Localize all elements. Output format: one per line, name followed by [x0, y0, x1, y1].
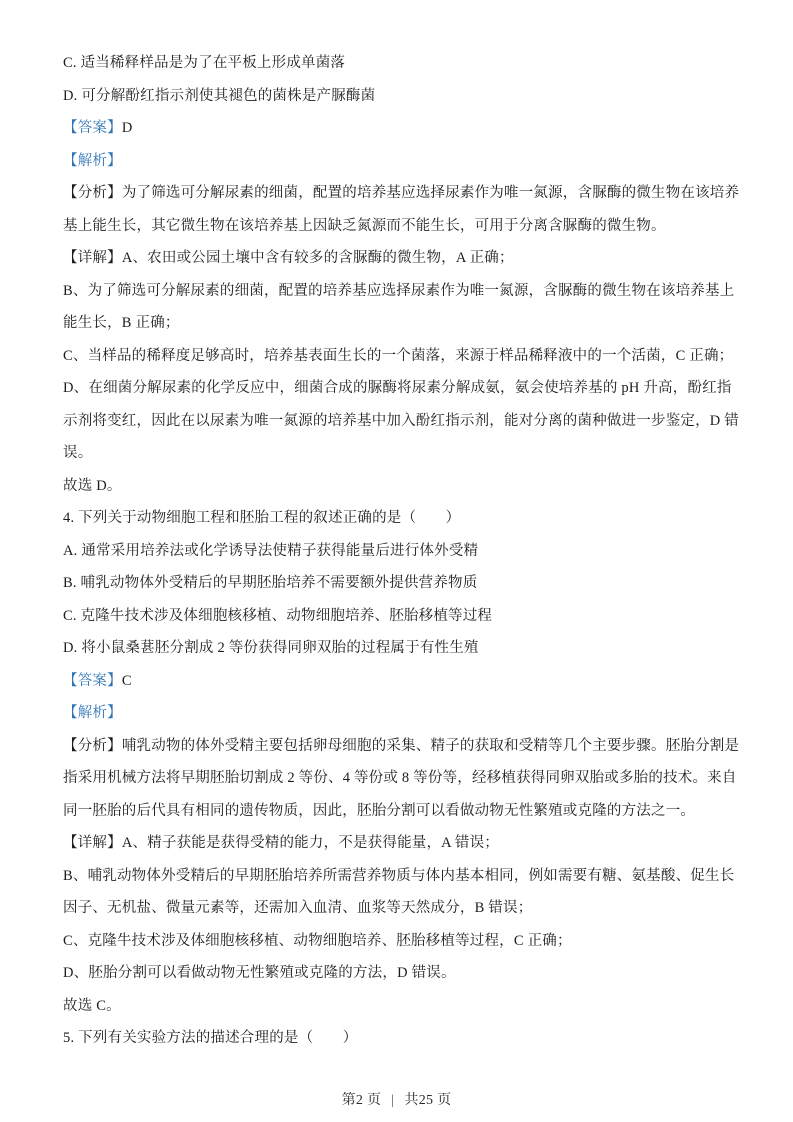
page-footer: 第2 页|共25 页 [0, 1089, 793, 1109]
line-text: 指采用机械方法将早期胚胎切割成 2 等份、4 等份或 8 等份等，经移植获得同卵… [63, 770, 737, 786]
text-line: 误。 [63, 437, 735, 470]
line-text: 故选 D。 [63, 478, 122, 494]
answer-label-bracket: 【答案】 [63, 673, 122, 689]
line-text: C. 克隆牛技术涉及体细胞核移植、动物细胞培养、胚胎移植等过程 [63, 608, 492, 624]
text-line: 【答案】D [63, 112, 735, 145]
text-line: 【分析】为了筛选可分解尿素的细菌，配置的培养基应选择尿素作为唯一氮源，含脲酶的微… [63, 177, 735, 210]
line-text: 故选 C。 [63, 998, 121, 1014]
exam-answer-page: C. 适当稀释样品是为了在平板上形成单菌落D. 可分解酚红指示剂使其褪色的菌株是… [0, 0, 793, 1122]
text-line: B、哺乳动物体外受精后的早期胚胎培养所需营养物质与体内基本相同，例如需要有糖、氨… [63, 860, 735, 893]
text-line: C. 克隆牛技术涉及体细胞核移植、动物细胞培养、胚胎移植等过程 [63, 600, 735, 633]
line-text: D、胚胎分割可以看做动物无性繁殖或克隆的方法，D 错误。 [63, 965, 456, 981]
answer-label-bracket: 【解析】 [63, 153, 122, 169]
text-line: 故选 C。 [63, 990, 735, 1023]
line-text: D. 将小鼠桑葚胚分割成 2 等份获得同卵双胎的过程属于有性生殖 [63, 640, 479, 656]
text-line: B、为了筛选可分解尿素的细菌，配置的培养基应选择尿素作为唯一氮源，含脲酶的微生物… [63, 275, 735, 308]
text-line: 同一胚胎的后代具有相同的遗传物质，因此，胚胎分割可以看做动物无性繁殖或克隆的方法… [63, 795, 735, 828]
text-line: D、胚胎分割可以看做动物无性繁殖或克隆的方法，D 错误。 [63, 957, 735, 990]
line-text: 能生长，B 正确； [63, 315, 180, 331]
text-line: 【答案】C [63, 665, 735, 698]
label-bracket: 【分析】 [63, 738, 122, 754]
text-line: 【分析】哺乳动物的体外受精主要包括卵母细胞的采集、精子的获取和受精等几个主要步骤… [63, 730, 735, 763]
text-line: 【详解】A、农田或公园土壤中含有较多的含脲酶的微生物，A 正确； [63, 242, 735, 275]
text-line: 能生长，B 正确； [63, 307, 735, 340]
line-text: 因子、无机盐、微量元素等，还需加入血清、血浆等天然成分，B 错误； [63, 900, 532, 916]
line-text: C. 适当稀释样品是为了在平板上形成单菌落 [63, 55, 345, 71]
line-text: 误。 [63, 445, 92, 461]
text-line: 故选 D。 [63, 470, 735, 503]
line-text: 4. 下列关于动物细胞工程和胚胎工程的叙述正确的是（ ） [63, 510, 460, 526]
text-line: 【详解】A、精子获能是获得受精的能力，不是获得能量，A 错误； [63, 827, 735, 860]
text-line: 【解析】 [63, 145, 735, 178]
text-line: C、克隆牛技术涉及体细胞核移植、动物细胞培养、胚胎移植等过程，C 正确； [63, 925, 735, 958]
footer-total-pages: 共25 页 [404, 1093, 451, 1108]
line-text: 5. 下列有关实验方法的描述合理的是（ ） [63, 1030, 357, 1046]
text-line: C、当样品的稀释度足够高时，培养基表面生长的一个菌落，来源于样品稀释液中的一个活… [63, 340, 735, 373]
line-text: 为了筛选可分解尿素的细菌，配置的培养基应选择尿素作为唯一氮源，含脲酶的微生物在该… [122, 185, 739, 201]
line-text: A、精子获能是获得受精的能力，不是获得能量，A 错误； [122, 835, 499, 851]
line-text: 示剂将变红，因此在以尿素为唯一氮源的培养基中加入酚红指示剂，能对分离的菌种做进一… [63, 413, 739, 429]
line-text: 哺乳动物的体外受精主要包括卵母细胞的采集、精子的获取和受精等几个主要步骤。胚胎分… [122, 738, 739, 754]
line-text: C、克隆牛技术涉及体细胞核移植、动物细胞培养、胚胎移植等过程，C 正确； [63, 933, 572, 949]
label-bracket: 【分析】 [63, 185, 122, 201]
text-line: 因子、无机盐、微量元素等，还需加入血清、血浆等天然成分，B 错误； [63, 892, 735, 925]
line-text: C [122, 673, 132, 689]
text-line: 4. 下列关于动物细胞工程和胚胎工程的叙述正确的是（ ） [63, 502, 735, 535]
label-bracket: 【详解】 [63, 835, 122, 851]
text-line: 示剂将变红，因此在以尿素为唯一氮源的培养基中加入酚红指示剂，能对分离的菌种做进一… [63, 405, 735, 438]
text-line: D. 将小鼠桑葚胚分割成 2 等份获得同卵双胎的过程属于有性生殖 [63, 632, 735, 665]
line-text: 基上能生长，其它微生物在该培养基上因缺乏氮源而不能生长，可用于分离含脲酶的微生物… [63, 218, 666, 234]
label-bracket: 【详解】 [63, 250, 122, 266]
line-text: B. 哺乳动物体外受精后的早期胚胎培养不需要额外提供营养物质 [63, 575, 477, 591]
line-text: B、哺乳动物体外受精后的早期胚胎培养所需营养物质与体内基本相同，例如需要有糖、氨… [63, 868, 734, 884]
line-text: A、农田或公园土壤中含有较多的含脲酶的微生物，A 正确； [122, 250, 514, 266]
line-text: A. 通常采用培养法或化学诱导法使精子获得能量后进行体外受精 [63, 543, 478, 559]
line-text: C、当样品的稀释度足够高时，培养基表面生长的一个菌落，来源于样品稀释液中的一个活… [63, 348, 733, 364]
text-line: B. 哺乳动物体外受精后的早期胚胎培养不需要额外提供营养物质 [63, 567, 735, 600]
text-line: 【解析】 [63, 697, 735, 730]
answer-label-bracket: 【答案】 [63, 120, 122, 136]
footer-separator: | [391, 1093, 394, 1109]
text-line: D、在细菌分解尿素的化学反应中，细菌合成的脲酶将尿素分解成氨，氨会使培养基的 p… [63, 372, 735, 405]
text-line: 5. 下列有关实验方法的描述合理的是（ ） [63, 1022, 735, 1055]
footer-current-page: 第2 页 [342, 1093, 382, 1108]
line-text: D. 可分解酚红指示剂使其褪色的菌株是产脲酶菌 [63, 88, 375, 104]
line-text: D [122, 120, 133, 136]
text-line: 基上能生长，其它微生物在该培养基上因缺乏氮源而不能生长，可用于分离含脲酶的微生物… [63, 210, 735, 243]
line-text: 同一胚胎的后代具有相同的遗传物质，因此，胚胎分割可以看做动物无性繁殖或克隆的方法… [63, 803, 695, 819]
document-body: C. 适当稀释样品是为了在平板上形成单菌落D. 可分解酚红指示剂使其褪色的菌株是… [63, 47, 735, 1055]
text-line: D. 可分解酚红指示剂使其褪色的菌株是产脲酶菌 [63, 80, 735, 113]
answer-label-bracket: 【解析】 [63, 705, 122, 721]
text-line: C. 适当稀释样品是为了在平板上形成单菌落 [63, 47, 735, 80]
line-text: B、为了筛选可分解尿素的细菌，配置的培养基应选择尿素作为唯一氮源，含脲酶的微生物… [63, 283, 734, 299]
text-line: 指采用机械方法将早期胚胎切割成 2 等份、4 等份或 8 等份等，经移植获得同卵… [63, 762, 735, 795]
text-line: A. 通常采用培养法或化学诱导法使精子获得能量后进行体外受精 [63, 535, 735, 568]
line-text: D、在细菌分解尿素的化学反应中，细菌合成的脲酶将尿素分解成氨，氨会使培养基的 p… [63, 380, 732, 396]
